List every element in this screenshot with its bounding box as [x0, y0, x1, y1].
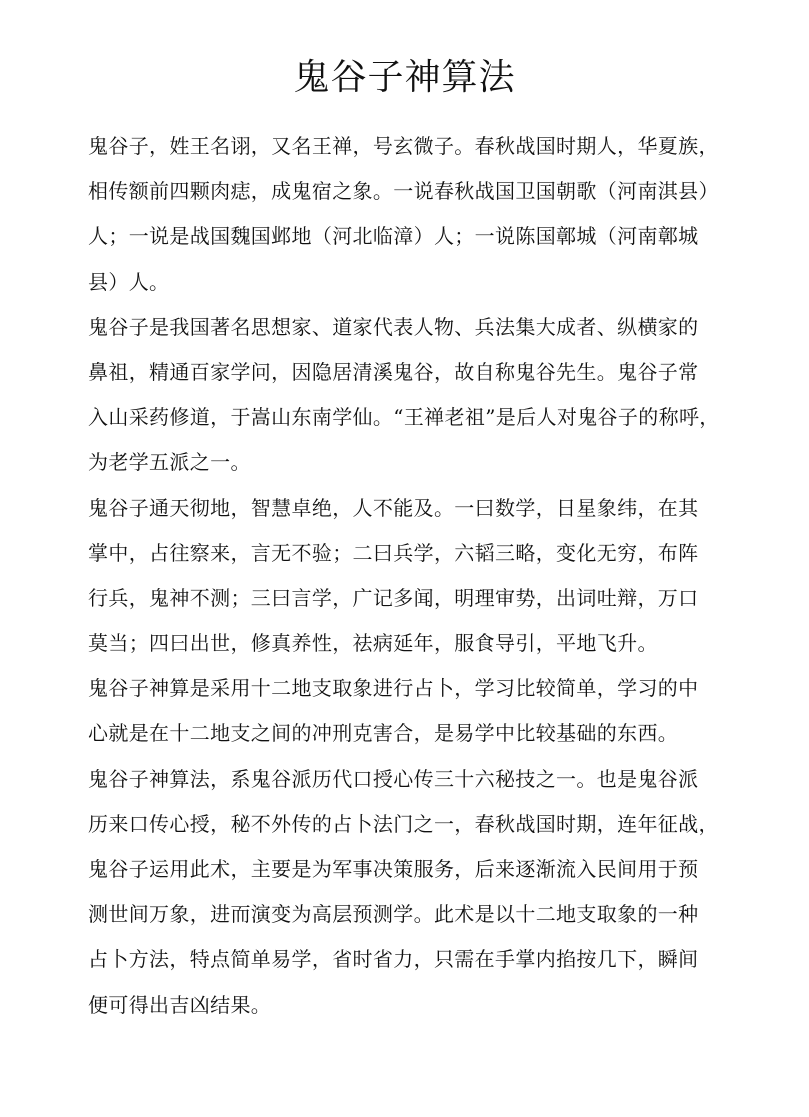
document-page: 鬼谷子神算法 鬼谷子，姓王名诩，又名王禅，号玄微子。春秋战国时期人，华夏族， 相… — [0, 0, 809, 1117]
text-line: 莫当；四曰出世，修真养性，祛病延年，服食导引，平地飞升。 — [88, 621, 728, 666]
text-line: 行兵，鬼神不测；三曰言学，广记多闻，明理审势，出词吐辩，万口 — [88, 576, 728, 621]
text-line: 鼻祖，精通百家学问，因隐居清溪鬼谷，故自称鬼谷先生。鬼谷子常 — [88, 350, 728, 395]
paragraph-four-studies: 鬼谷子通天彻地，智慧卓绝，人不能及。一曰数学，日星象纬，在其 掌中，占往察来，言… — [88, 486, 728, 667]
text-line: 入山采药修道，于嵩山东南学仙。“王禅老祖”是后人对鬼谷子的称呼， — [88, 395, 728, 440]
paragraph-method-basics: 鬼谷子神算是采用十二地支取象进行占卜，学习比较简单，学习的中 心就是在十二地支之… — [88, 666, 728, 756]
text-line: 掌中，占往察来，言无不验；二曰兵学，六韬三略，变化无穷，布阵 — [88, 531, 728, 576]
page-title: 鬼谷子神算法 — [0, 52, 809, 104]
text-line: 为老学五派之一。 — [88, 440, 728, 485]
text-line: 鬼谷子，姓王名诩，又名王禅，号玄微子。春秋战国时期人，华夏族， — [88, 124, 728, 169]
text-line: 便可得出吉凶结果。 — [88, 983, 728, 1028]
text-line: 心就是在十二地支之间的冲刑克害合，是易学中比较基础的东西。 — [88, 711, 728, 756]
text-line: 测世间万象，进而演变为高层预测学。此术是以十二地支取象的一种 — [88, 892, 728, 937]
text-line: 历来口传心授，秘不外传的占卜法门之一，春秋战国时期，连年征战， — [88, 802, 728, 847]
paragraph-significance: 鬼谷子是我国著名思想家、道家代表人物、兵法集大成者、纵横家的 鼻祖，精通百家学问… — [88, 305, 728, 486]
text-line: 占卜方法，特点简单易学，省时省力，只需在手掌内掐按几下，瞬间 — [88, 937, 728, 982]
text-line: 鬼谷子运用此术，主要是为军事决策服务，后来逐渐流入民间用于预 — [88, 847, 728, 892]
paragraph-method-history: 鬼谷子神算法，系鬼谷派历代口授心传三十六秘技之一。也是鬼谷派 历来口传心授，秘不… — [88, 757, 728, 1028]
text-line: 鬼谷子神算是采用十二地支取象进行占卜，学习比较简单，学习的中 — [88, 666, 728, 711]
text-line: 相传额前四颗肉痣，成鬼宿之象。一说春秋战国卫国朝歌（河南淇县） — [88, 169, 728, 214]
text-line: 县）人。 — [88, 260, 728, 305]
text-line: 鬼谷子神算法，系鬼谷派历代口授心传三十六秘技之一。也是鬼谷派 — [88, 757, 728, 802]
text-line: 鬼谷子是我国著名思想家、道家代表人物、兵法集大成者、纵横家的 — [88, 305, 728, 350]
document-body: 鬼谷子，姓王名诩，又名王禅，号玄微子。春秋战国时期人，华夏族， 相传额前四颗肉痣… — [88, 124, 728, 1028]
text-line: 鬼谷子通天彻地，智慧卓绝，人不能及。一曰数学，日星象纬，在其 — [88, 486, 728, 531]
text-line: 人；一说是战国魏国邺地（河北临漳）人；一说陈国鄣城（河南鄣城 — [88, 214, 728, 259]
paragraph-biography: 鬼谷子，姓王名诩，又名王禅，号玄微子。春秋战国时期人，华夏族， 相传额前四颗肉痣… — [88, 124, 728, 305]
